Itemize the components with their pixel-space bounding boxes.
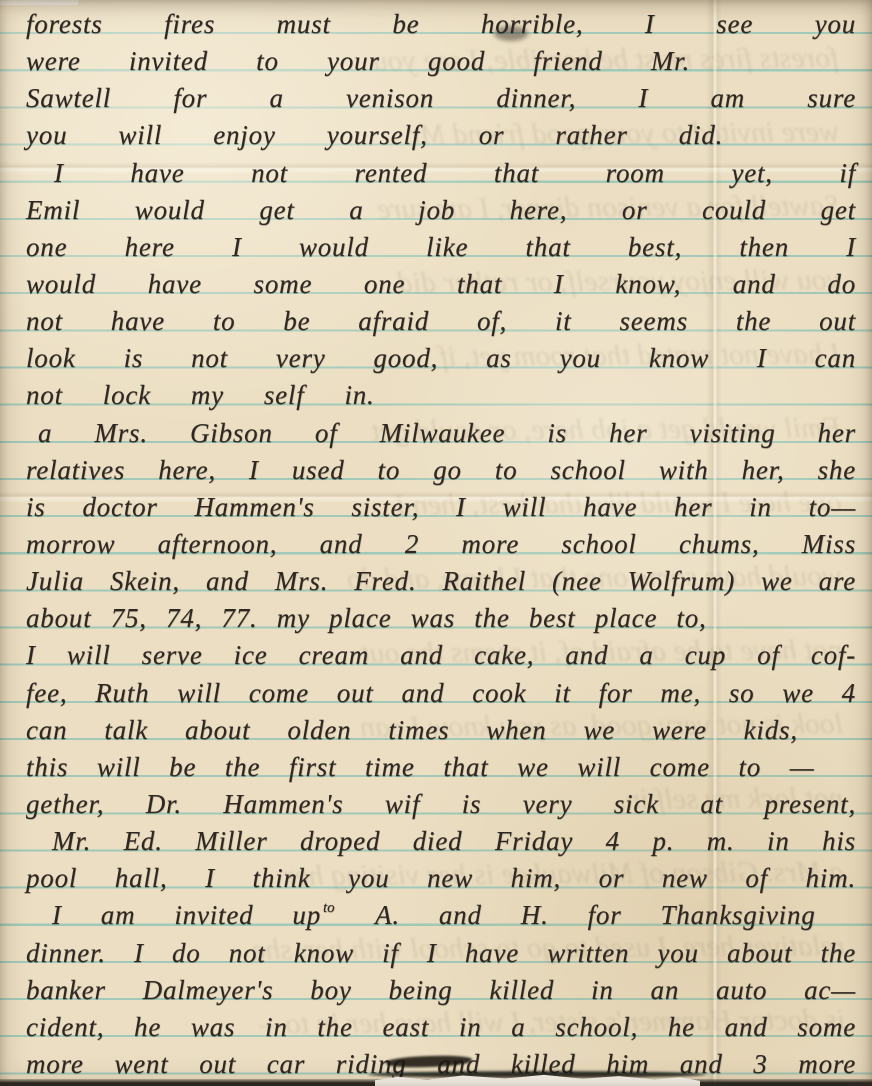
letter-line: relatives here, I used to go to school w…	[26, 452, 856, 489]
letter-line: not lock my self in.	[26, 377, 375, 414]
letter-line: is doctor Hammen's sister, I will have h…	[26, 489, 856, 526]
letter-line: about 75, 74, 77. my place was the best …	[26, 600, 707, 637]
letter-line-segment: A. and H. for Thanksgiving	[337, 900, 816, 930]
letter-line: morrow afternoon, and 2 more school chum…	[26, 526, 856, 563]
letter-line: forests fires must be horrible, I see yo…	[26, 6, 856, 43]
letter-line: pool hall, I think you new him, or new o…	[26, 860, 856, 897]
inserted-word-above-line: to	[321, 900, 337, 916]
letter-line: would have some one that I know, and do	[26, 266, 856, 303]
letter-line: I have not rented that room yet, if	[26, 155, 856, 192]
letter-line: not have to be afraid of, it seems the o…	[26, 303, 856, 340]
letter-line: dinner. I do not know if I have written …	[26, 935, 856, 972]
letter-line: I will serve ice cream and cake, and a c…	[26, 637, 856, 674]
letter-line: you will enjoy yourself, or rather did.	[26, 117, 723, 154]
letter-line: Mr. Ed. Miller droped died Friday 4 p. m…	[26, 823, 856, 860]
letter-line: were invited to your good friend Mr.	[26, 43, 690, 80]
letter-line: cident, he was in the east in a school, …	[26, 1009, 856, 1046]
letter-line: Julia Skein, and Mrs. Fred. Raithel (nee…	[26, 563, 856, 600]
letter-line: Sawtell for a venison dinner, I am sure	[26, 80, 856, 117]
letter-line: banker Dalmeyer's boy being killed in an…	[26, 972, 856, 1009]
letter-line-segment: I am invited up	[52, 900, 321, 930]
letter-line: Emil would get a job here, or could get	[26, 192, 856, 229]
letter-line: a Mrs. Gibson of Milwaukee is her visiti…	[26, 415, 856, 452]
letter-line: fee, Ruth will come out and cook it for …	[26, 675, 856, 712]
letter-line: look is not very good, as you know I can	[26, 340, 856, 377]
letter-line: one here I would like that best, then I	[26, 229, 856, 266]
letter-text: forests fires must be horrible, I see yo…	[26, 6, 856, 1083]
scan-edge-sliver	[0, 0, 78, 5]
letter-line: I am invited upto A. and H. for Thanksgi…	[26, 897, 816, 934]
letter-line: this will be the first time that we will…	[26, 749, 815, 786]
letter-line: more went out car riding and killed him …	[26, 1046, 856, 1083]
letter-page: forests fires must be horrible, I see yo…	[0, 0, 872, 1086]
letter-line: can talk about olden times when we were …	[26, 712, 798, 749]
letter-line: gether, Dr. Hammen's wif is very sick at…	[26, 786, 856, 823]
